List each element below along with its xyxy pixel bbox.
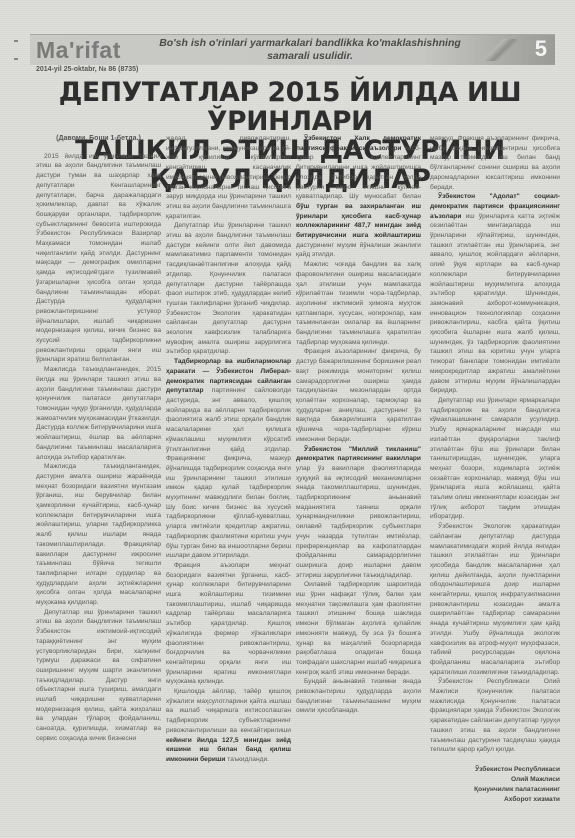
newspaper-page: Ma'rifat Bo'sh ish o'rinlari yarmarkalar… [0, 0, 575, 838]
margin-mark [14, 40, 18, 42]
continuation-note: (Давоми. Боши 1-бетда.) [36, 134, 161, 144]
paragraph: Ўзбекистон Халқ демократик партияси фрак… [296, 134, 421, 260]
page-number: 5 [535, 36, 547, 62]
slogan-line-1: Bo'sh ish o'rinlari yarmarkalari bandlik… [145, 37, 475, 50]
signature-line: Ўзбекистон Республикаси [475, 766, 560, 773]
signature-block: Ўзбекистон Республикаси Олий Мажлиси Қон… [430, 765, 560, 805]
paragraph: 2015 йилда иш ўринлари ташкил этиш ва аҳ… [36, 152, 161, 365]
headline-line-1: ДЕПУТАТЛАР 2015 ЙИЛДА ИШ ЎРИНЛАРИ [30, 78, 550, 136]
paragraph: Мажлис чоғида бандлик ва халқ фаровонлиг… [296, 260, 421, 347]
slogan-line-2: samarali usulidir. [145, 50, 475, 63]
masthead-slogan: Bo'sh ish o'rinlari yarmarkalari bandlik… [145, 37, 475, 63]
paragraph: Депутатлар иш ўринлари ярмаркалари тадби… [430, 396, 560, 522]
bold-lead: Ўзбекистон "Миллий тикланиш" демократик … [296, 446, 421, 463]
paragraph: мавжуд. Фракция аъзоларининг фикрича, уш… [430, 134, 560, 192]
paragraph: Депутатлар иш ўринларини ташкил этиш ва … [36, 608, 161, 744]
article-column-3: Ўзбекистон Халқ демократик партияси фрак… [296, 134, 421, 716]
article-column-2: жадал ривожлантириш, инфратузилмани, ком… [166, 134, 291, 765]
paragraph: Тадбиркорлар ва ишбилармонлар ҳаракати —… [166, 357, 291, 561]
paragraph: Депутатлар Иш ўринларини ташкил этиш ва … [166, 221, 291, 357]
bold-highlight: бўш турган ва захираланган иш ўринлари ҳ… [296, 203, 421, 239]
signature-line: Олий Мажлиси [511, 776, 560, 783]
paragraph: Мажлисда таъкидланганидек, дастурни амал… [36, 462, 161, 608]
paragraph: жадал ривожлантириш, инфратузилмани, ком… [166, 134, 291, 221]
issue-date: 2014-yil 25-oktabr, № 86 (8735) [36, 66, 138, 73]
paragraph: Ўзбекистон Экологик ҳаракатидан сайланга… [430, 522, 560, 677]
newspaper-brand: Ma'rifat [36, 37, 121, 64]
paragraph: Фракция аъзоларининг фикрича, бу дастур … [296, 347, 421, 444]
article-column-4: мавжуд. Фракция аъзоларининг фикрича, уш… [430, 134, 560, 805]
margin-mark [14, 58, 18, 60]
signature-line: Қонунчилик палатасининг [474, 786, 560, 793]
paragraph: Мажлисда таъкидланганидек, 2015 йилда иш… [36, 365, 161, 462]
paragraph: Ўзбекистон "Миллий тикланиш" демократик … [296, 445, 421, 581]
paragraph: Бундай аньанавий тизимни янада ривожлант… [296, 677, 421, 716]
paragraph: Фракция аъзолари меҳнат бозоридаги вазия… [166, 561, 291, 687]
pen-icon [477, 39, 517, 61]
article-column-1: (Давоми. Боши 1-бетда.) 2015 йилда иш ўр… [36, 134, 161, 744]
masthead-band: Ma'rifat Bo'sh ish o'rinlari yarmarkalar… [30, 34, 555, 65]
signature-line: Ахборот хизмати [504, 796, 560, 803]
paragraph: Ўзбекистон "Адолат" социал-демократик па… [430, 192, 560, 396]
paragraph: Ўзбекистон Республикаси Олий Мажлиси Қон… [430, 677, 560, 755]
paragraph: Оилавий тадбиркорлик шароитида иш ўрни н… [296, 580, 421, 677]
paragraph: Қишлоқда аёллар, тайёр қишлоқ хўжалиги м… [166, 687, 291, 765]
